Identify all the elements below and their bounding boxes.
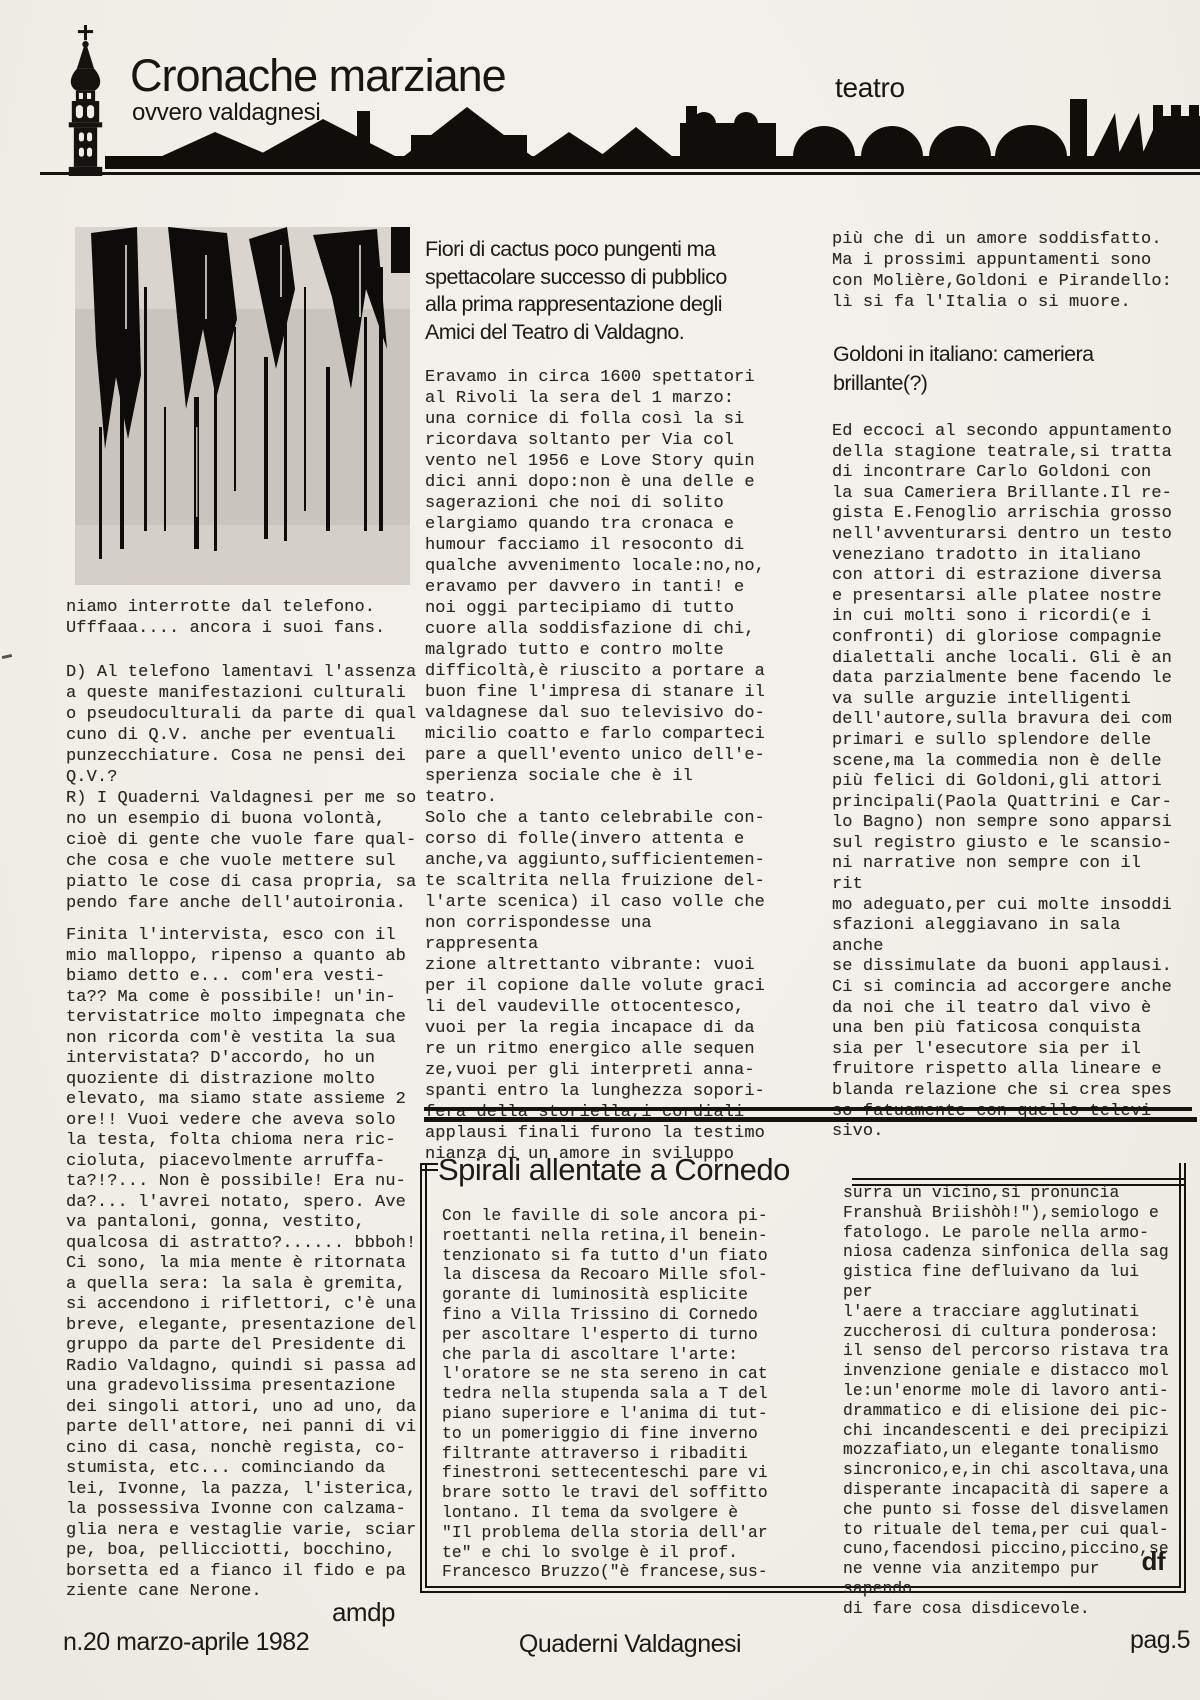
article-body: Eravamo in circa 1600 spettatori al Rivo… xyxy=(425,367,770,1165)
footer-center: Quaderni Valdagnesi xyxy=(480,1630,780,1659)
interview-continuation: niamo interrotte dal telefono. Ufffaaa..… xyxy=(66,597,418,639)
footer-page: pag.5 xyxy=(1130,1626,1190,1655)
divider-rule-bottom xyxy=(424,1117,1197,1122)
header-rule xyxy=(40,172,1200,175)
scan-artifact xyxy=(2,654,12,659)
signature-amdp: amdp xyxy=(290,1597,395,1628)
abstract-woodcut-print xyxy=(75,227,410,585)
goldoni-body: Ed eccoci al secondo appuntamento della … xyxy=(832,422,1177,1143)
article-headline: Fiori di cactus poco pungenti ma spettac… xyxy=(425,236,765,346)
masthead-title: Cronache marziane xyxy=(130,50,506,102)
town-skyline-silhouette xyxy=(105,99,1200,173)
goldoni-heading: Goldoni in italiano: cameriera brillante… xyxy=(833,340,1173,398)
article-continuation: più che di un amore soddisfatto. Ma i pr… xyxy=(832,229,1177,313)
interview-recollection: Finita l'intervista, esco con il mio mal… xyxy=(66,926,418,1603)
signature-df: df xyxy=(1105,1546,1165,1577)
divider-rule-top xyxy=(424,1107,1192,1111)
box-corner-nub xyxy=(420,1163,438,1171)
magazine-page: Cronache marziane ovvero valdagnesi teat… xyxy=(0,0,1200,1700)
interview-qa: D) Al telefono lamentavi l'assenza a que… xyxy=(66,662,418,914)
box-column-1: Con le faville di sole ancora pi- roetta… xyxy=(442,1206,772,1582)
box-title: Spirali allentate a Cornedo xyxy=(438,1152,790,1188)
footer-issue: n.20 marzo-aprile 1982 xyxy=(63,1628,309,1657)
